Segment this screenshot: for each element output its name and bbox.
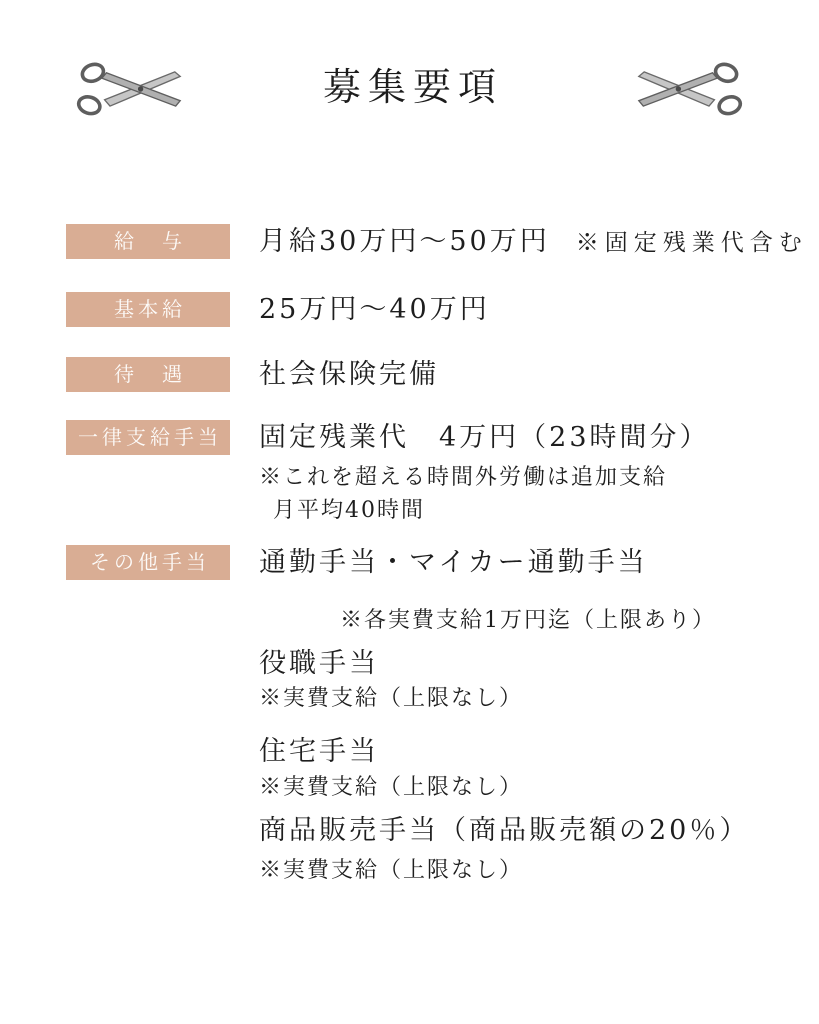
sales-allowance-value: 商品販売手当（商品販売額の20％） [259, 813, 749, 848]
salary-value: 月給30万円～50万円 [259, 226, 550, 257]
commute-allowance-note: ※各実費支給1万円迄（上限あり） [259, 606, 749, 636]
row-label-salary: 給 与 [66, 224, 230, 259]
scissors-icon [637, 60, 745, 118]
row-content: 25万円～40万円 [259, 292, 490, 327]
row-label-other-allowances: その他手当 [66, 545, 230, 580]
row-salary: 給 与 月給30万円～50万円※固定残業代含む [66, 224, 819, 261]
position-allowance-value: 役職手当 [259, 646, 749, 681]
row-benefits: 待 遇 社会保険完備 [66, 357, 819, 392]
row-content: 月給30万円～50万円※固定残業代含む [259, 224, 808, 261]
row-label-base-salary: 基本給 [66, 292, 230, 327]
header: 募集要項 [0, 0, 819, 108]
housing-allowance-note: ※実費支給（上限なし） [259, 773, 749, 803]
row-other-allowances: その他手当 通勤手当・マイカー通勤手当 ※各実費支給1万円迄（上限あり） 役職手… [66, 545, 819, 886]
salary-value-line: 月給30万円～50万円※固定残業代含む [259, 224, 808, 261]
row-label-benefits: 待 遇 [66, 357, 230, 392]
row-content: 社会保険完備 [259, 357, 439, 392]
benefits-value: 社会保険完備 [259, 357, 439, 392]
fixed-allowance-note: ※これを超える時間外労働は追加支給 [259, 463, 710, 493]
housing-allowance-value: 住宅手当 [259, 734, 749, 769]
scissors-icon [74, 60, 182, 118]
fixed-allowance-note: 月平均40時間 [259, 496, 710, 526]
row-content: 通勤手当・マイカー通勤手当 ※各実費支給1万円迄（上限あり） 役職手当 ※実費支… [259, 545, 749, 886]
row-base-salary: 基本給 25万円～40万円 [66, 292, 819, 327]
row-content: 固定残業代 4万円（23時間分） ※これを超える時間外労働は追加支給 月平均40… [259, 420, 710, 526]
position-allowance-note: ※実費支給（上限なし） [259, 684, 749, 714]
fixed-allowance-value: 固定残業代 4万円（23時間分） [259, 420, 710, 455]
base-salary-value: 25万円～40万円 [259, 292, 490, 327]
requirement-list: 給 与 月給30万円～50万円※固定残業代含む 基本給 25万円～40万円 待 … [0, 224, 819, 886]
row-label-fixed-allowance: 一律支給手当 [66, 420, 230, 455]
sales-allowance-note: ※実費支給（上限なし） [259, 856, 749, 886]
row-fixed-allowance: 一律支給手当 固定残業代 4万円（23時間分） ※これを超える時間外労働は追加支… [66, 420, 819, 526]
commute-allowance-value: 通勤手当・マイカー通勤手当 [259, 545, 749, 580]
salary-note: ※固定残業代含む [576, 230, 808, 256]
